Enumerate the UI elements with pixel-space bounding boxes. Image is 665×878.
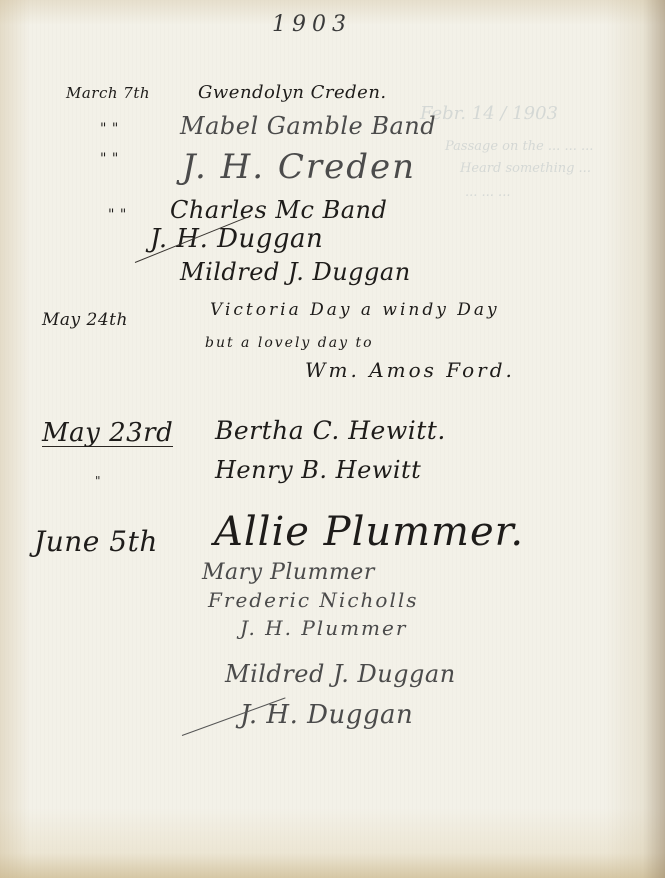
show-through-text: ... ... ... [465, 186, 510, 199]
entry-note: but a lovely day to [205, 336, 374, 350]
entry-date: March 7th [66, 86, 150, 101]
signature: J. H. Plummer [240, 618, 407, 638]
show-through-text: Passage on the ... ... ... [445, 140, 593, 153]
signature: Wm. Amos Ford. [305, 360, 515, 380]
entry-date: May 23rd [42, 420, 173, 447]
ditto-mark: " [95, 475, 101, 487]
show-through-text: Febr. 14 / 1903 [420, 105, 558, 123]
signature: Charles Mc Band [170, 198, 387, 222]
signature: Mary Plummer [202, 562, 375, 584]
signature: Allie Plummer. [214, 512, 524, 552]
signature: Henry B. Hewitt [215, 458, 421, 482]
entry-date: May 24th [42, 312, 128, 329]
ditto-mark: " " [108, 208, 127, 222]
ditto-mark: " " [100, 152, 119, 166]
entry-date: June 5th [34, 528, 158, 556]
entry-note: Victoria Day a windy Day [210, 302, 500, 319]
guestbook-page: Febr. 14 / 1903 Passage on the ... ... .… [0, 0, 665, 878]
signature: Frederic Nicholls [208, 590, 419, 610]
signature: J. H. Duggan [240, 702, 413, 728]
signature: Mildred J. Duggan [180, 260, 411, 284]
signature: Gwendolyn Creden. [198, 84, 387, 102]
signature: Mabel Gamble Band [180, 114, 436, 138]
page-year: 1903 [272, 14, 352, 36]
signature: Bertha C. Hewitt. [215, 418, 446, 443]
show-through-text: Heard something ... [460, 162, 591, 175]
signature: J. H. Duggan [150, 226, 323, 252]
signature: Mildred J. Duggan [225, 662, 456, 686]
signature: J. H. Creden [182, 150, 416, 184]
ditto-mark: " " [100, 122, 119, 136]
